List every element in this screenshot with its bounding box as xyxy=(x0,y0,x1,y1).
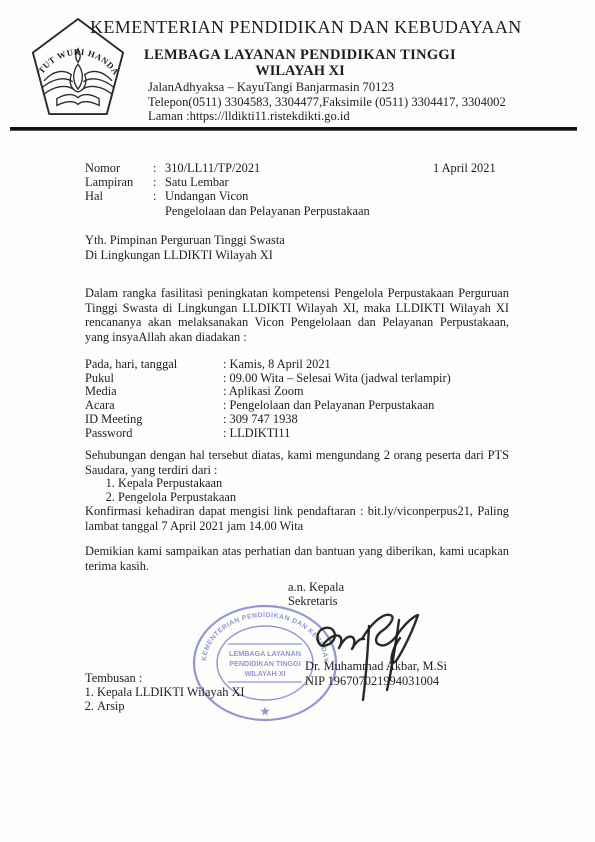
participant-item: Kepala Perpustakaan xyxy=(118,476,418,490)
meta-colon: : xyxy=(153,189,165,203)
meta-row-nomor: Nomor : 310/LL11/TP/2021 xyxy=(85,161,425,175)
detail-value: : Pengelolaan dan Pelayanan Perpustakaan xyxy=(223,399,434,413)
stamp-line-1: LEMBAGA LAYANAN xyxy=(229,649,301,658)
letter-number: 310/LL11/TP/2021 xyxy=(165,161,260,175)
detail-row-date: Pada, hari, tanggal : Kamis, 8 April 202… xyxy=(85,358,515,372)
detail-label: ID Meeting xyxy=(85,413,223,427)
header-agency-name: LEMBAGA LAYANAN PENDIDIKAN TINGGI xyxy=(90,47,510,64)
detail-row-media: Media : Aplikasi Zoom xyxy=(85,385,515,399)
recipient-block: Yth. Pimpinan Perguruan Tinggi Swasta Di… xyxy=(85,233,285,262)
meta-colon: : xyxy=(153,161,165,175)
letterhead-divider xyxy=(10,127,577,131)
detail-label: Acara xyxy=(85,399,223,413)
meta-label: Hal xyxy=(85,189,153,203)
detail-row-agenda: Acara : Pengelolaan dan Pelayanan Perpus… xyxy=(85,399,515,413)
header-ministry: KEMENTERIAN PENDIDIKAN DAN KEBUDAYAAN xyxy=(90,17,510,38)
detail-label: Password xyxy=(85,427,223,441)
detail-value: : LLDIKTI11 xyxy=(223,427,290,441)
detail-row-meeting-id: ID Meeting : 309 747 1938 xyxy=(85,413,515,427)
letter-meta: Nomor : 310/LL11/TP/2021 Lampiran : Satu… xyxy=(85,161,425,218)
cc-item: Kepala LLDIKTI Wilayah XI xyxy=(97,685,359,699)
cc-list: Kepala LLDIKTI Wilayah XI Arsip xyxy=(79,685,359,713)
paragraph-confirmation: Konfirmasi kehadiran dapat mengisi link … xyxy=(85,504,509,533)
header-phone-line: Telepon(0511) 3304583, 3304477,Faksimile… xyxy=(148,95,506,110)
cc-item: Arsip xyxy=(97,699,359,713)
detail-label: Pukul xyxy=(85,372,223,386)
detail-label: Media xyxy=(85,385,223,399)
detail-row-password: Password : LLDIKTI11 xyxy=(85,427,515,441)
meta-colon: : xyxy=(153,175,165,189)
header-website-line: Laman :https://lldikti11.ristekdikti.go.… xyxy=(148,109,506,124)
signatory-name: Dr. Muhammad Akbar, M.Si xyxy=(305,659,447,674)
meta-label: Nomor xyxy=(85,161,153,175)
detail-value: : 309 747 1938 xyxy=(223,413,298,427)
header-agency-region: WILAYAH XI xyxy=(90,63,510,80)
detail-value: : Aplikasi Zoom xyxy=(223,385,304,399)
meeting-details: Pada, hari, tanggal : Kamis, 8 April 202… xyxy=(85,358,515,440)
letter-date: 1 April 2021 xyxy=(433,161,496,176)
detail-value: : 09.00 Wita – Selesai Wita (jadwal terl… xyxy=(223,372,451,386)
meta-row-lampiran: Lampiran : Satu Lembar xyxy=(85,175,425,189)
meta-row-hal: Hal : Undangan Vicon xyxy=(85,189,425,203)
paragraph-opening: Dalam rangka fasilitasi peningkatan komp… xyxy=(85,286,509,344)
signature-on-behalf: a.n. Kepala xyxy=(288,581,344,595)
letter-page: TUT WURI HANDAYANI KEMENTERIAN PENDIDIKA… xyxy=(0,0,595,842)
participant-item: Pengelola Perpustakaan xyxy=(118,490,418,504)
detail-value: : Kamis, 8 April 2021 xyxy=(223,358,331,372)
stamp-line-3: WILAYAH XI xyxy=(244,669,285,678)
recipient-line-2: Di Lingkungan LLDIKTI Wilayah XI xyxy=(85,248,285,263)
header-contact-block: JalanAdhyaksa – KayuTangi Banjarmasin 70… xyxy=(148,80,506,124)
paragraph-closing: Demikian kami sampaikan atas perhatian d… xyxy=(85,544,509,573)
attachment-count: Satu Lembar xyxy=(165,175,229,189)
recipient-line-1: Yth. Pimpinan Perguruan Tinggi Swasta xyxy=(85,233,285,248)
subject-line-1: Undangan Vicon xyxy=(165,189,248,203)
paragraph-invitation: Sehubungan dengan hal tersebut diatas, k… xyxy=(85,448,509,477)
detail-label: Pada, hari, tanggal xyxy=(85,358,223,372)
cc-heading: Tembusan : xyxy=(85,671,142,686)
stamp-line-2: PENDIDIKAN TINGGI xyxy=(229,659,300,668)
meta-label: Lampiran xyxy=(85,175,153,189)
header-address-line: JalanAdhyaksa – KayuTangi Banjarmasin 70… xyxy=(148,80,506,95)
subject-line-2: Pengelolaan dan Pelayanan Perpustakaan xyxy=(165,204,425,218)
participant-list: Kepala Perpustakaan Pengelola Perpustaka… xyxy=(98,476,418,504)
detail-row-time: Pukul : 09.00 Wita – Selesai Wita (jadwa… xyxy=(85,372,515,386)
